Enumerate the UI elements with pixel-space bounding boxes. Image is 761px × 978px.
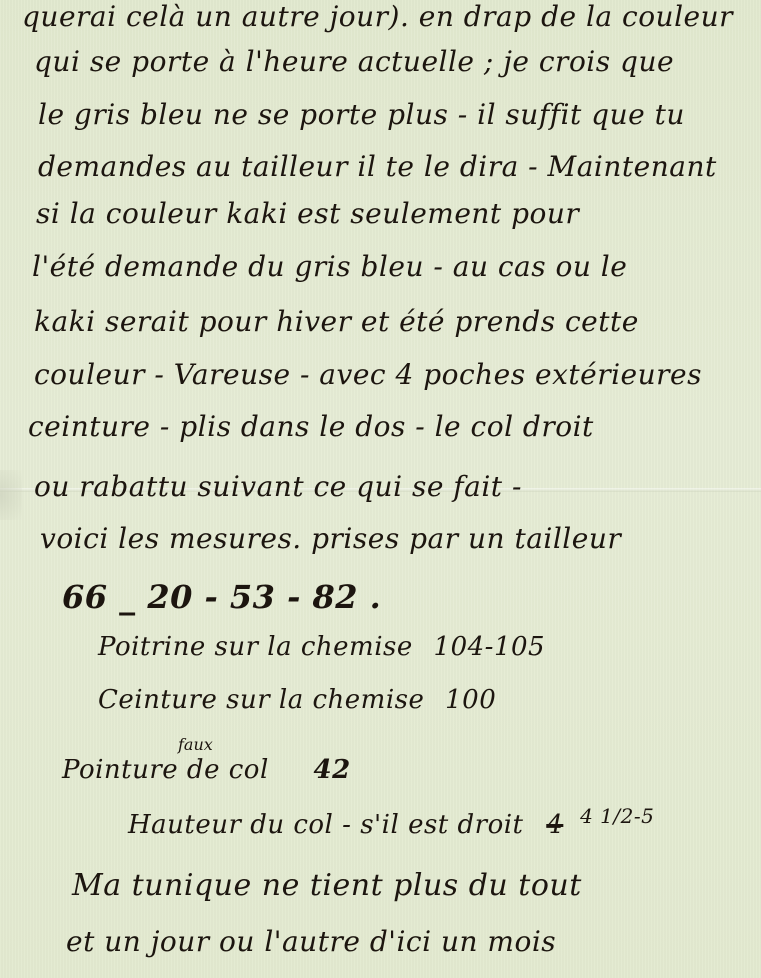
- letter-line-1: querai celà un autre jour). en drap de l…: [22, 0, 733, 33]
- measurement-chest-value: 104-105: [434, 632, 546, 662]
- closing-line-2: et un jour ou l'autre d'ici un mois: [66, 925, 556, 958]
- measurement-collar-size: Pointure de col 42: [62, 755, 351, 785]
- letter-line-11: voici les mesures. prises par un tailleu…: [40, 522, 621, 555]
- letter-page: querai celà un autre jour). en drap de l…: [0, 0, 761, 978]
- measurement-collar-height: Hauteur du col - s'il est droit 4 4 1/2-…: [128, 810, 654, 840]
- letter-line-3: le gris bleu ne se porte plus - il suffi…: [38, 98, 685, 131]
- measurement-collar-size-label: Pointure de col: [62, 755, 269, 785]
- insertion-faux: faux: [178, 735, 213, 754]
- measurement-collar-height-struck: 4: [546, 810, 563, 840]
- measurement-chest: Poitrine sur la chemise 104-105: [98, 632, 545, 662]
- measurements-sequence: 66 _ 20 - 53 - 82 .: [62, 578, 381, 616]
- closing-line-1: Ma tunique ne tient plus du tout: [72, 868, 582, 903]
- letter-line-6: l'été demande du gris bleu - au cas ou l…: [32, 250, 627, 283]
- letter-line-7: kaki serait pour hiver et été prends cet…: [34, 305, 639, 338]
- measurement-chest-label: Poitrine sur la chemise: [98, 632, 413, 662]
- measurement-waist-value: 100: [445, 685, 496, 715]
- letter-line-5: si la couleur kaki est seulement pour: [36, 197, 579, 230]
- measurement-collar-height-label: Hauteur du col - s'il est droit: [128, 810, 524, 840]
- letter-line-8: couleur - Vareuse - avec 4 poches extéri…: [34, 358, 702, 391]
- measurement-waist: Ceinture sur la chemise 100: [98, 685, 496, 715]
- letter-line-2: qui se porte à l'heure actuelle ; je cro…: [34, 45, 674, 78]
- measurement-collar-size-value: 42: [314, 755, 351, 785]
- paper-fold-crease: [0, 470, 22, 520]
- measurement-collar-height-value: 4 1/2-5: [580, 804, 654, 828]
- letter-line-4: demandes au tailleur il te le dira - Mai…: [38, 150, 717, 183]
- letter-line-9: ceinture - plis dans le dos - le col dro…: [28, 410, 594, 443]
- measurement-waist-label: Ceinture sur la chemise: [98, 685, 424, 715]
- letter-line-10: ou rabattu suivant ce qui se fait -: [34, 470, 522, 503]
